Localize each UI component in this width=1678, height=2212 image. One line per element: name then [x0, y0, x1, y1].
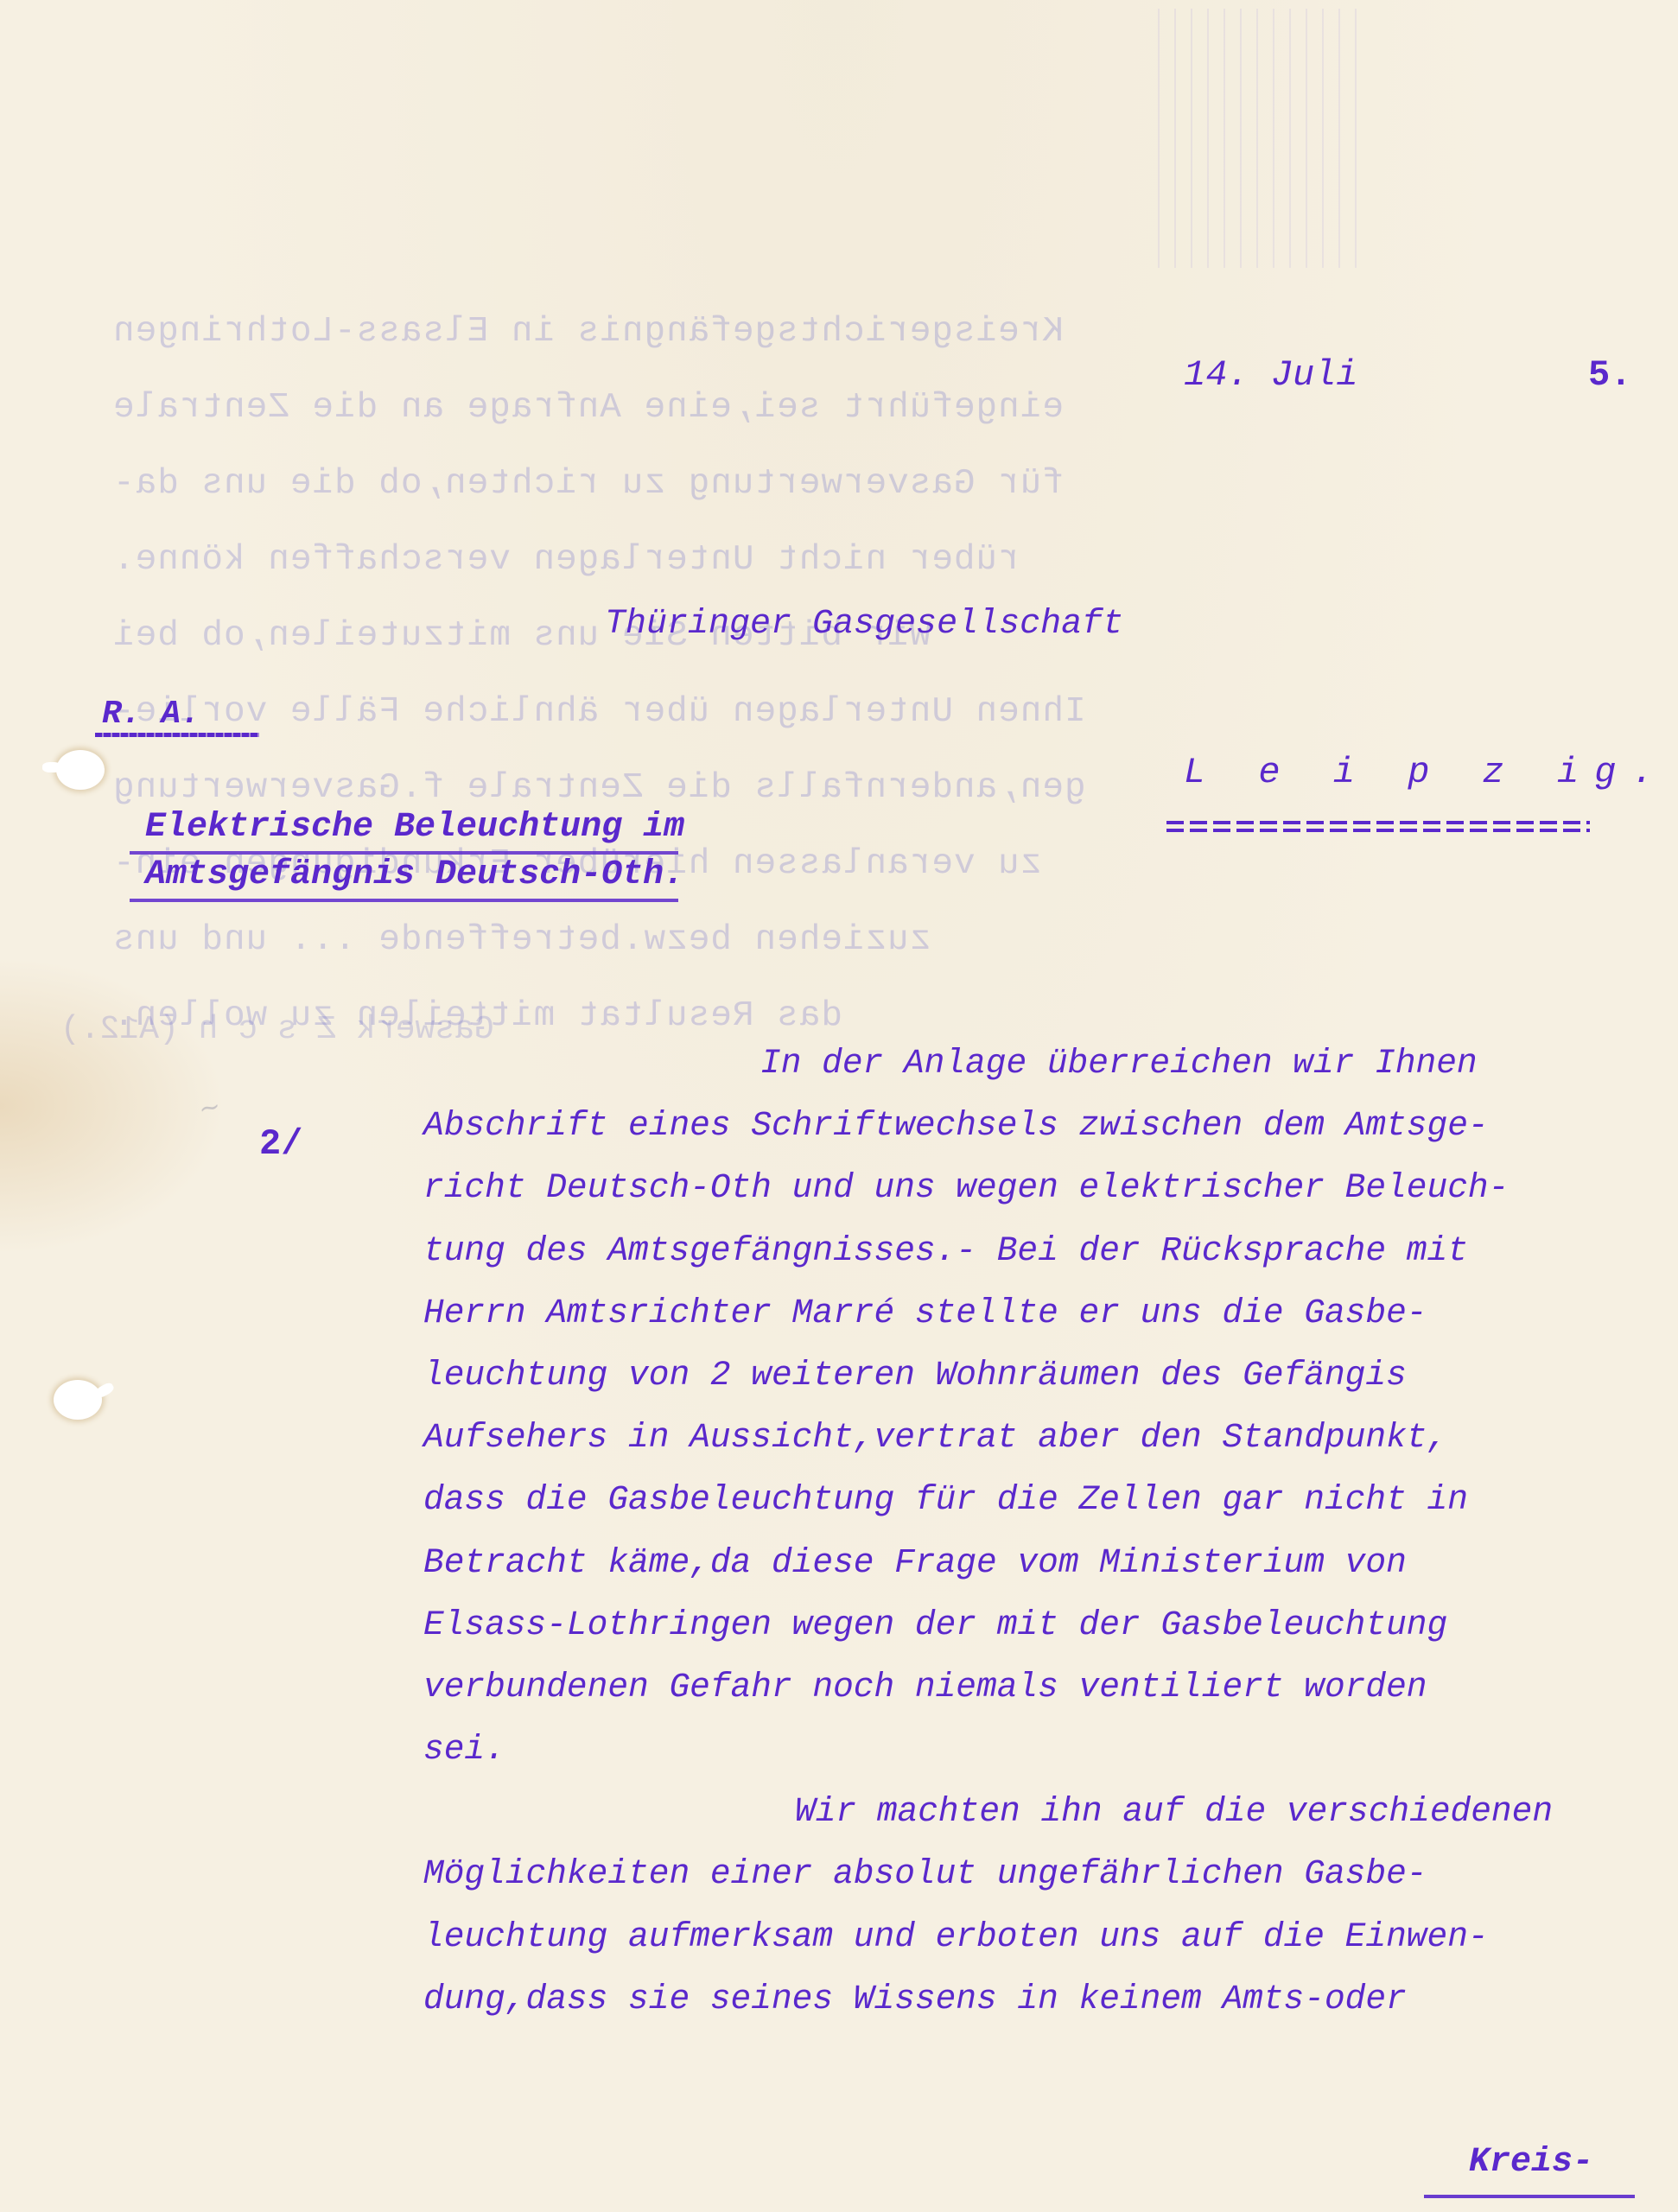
- body-line: Aufsehers in Aussicht,vertrat aber den S…: [423, 1407, 1650, 1469]
- body-line: Abschrift eines Schriftwechsels zwischen…: [423, 1095, 1650, 1157]
- body-line: sei.: [423, 1719, 1650, 1781]
- reference-code: R. A.: [102, 696, 200, 733]
- recipient-name: Thüringer Gasgesellschaft: [605, 605, 1123, 644]
- bleed-line: zuziehen bezw.betreffende ... und uns: [112, 902, 1123, 978]
- punch-hole: [54, 1380, 102, 1420]
- body-line: In der Anlage überreichen wir Ihnen: [423, 1033, 1650, 1095]
- bleed-line: Kreisgerichtsgefängnis in Elsass-Lothrin…: [112, 294, 1123, 370]
- body-line: verbundenen Gefahr noch niemals ventilie…: [423, 1656, 1650, 1719]
- subject-line: Amtsgefängnis Deutsch-Oth.: [145, 855, 684, 894]
- catchword: Kreis-: [1469, 2143, 1593, 2182]
- pencil-annotation: ~: [196, 1049, 427, 1147]
- body-line: dass die Gasbeleuchtung für die Zellen g…: [423, 1469, 1650, 1531]
- body-line: leuchtung von 2 weiteren Wohnräumen des …: [423, 1344, 1650, 1407]
- body-line: leuchtung aufmerksam und erboten uns auf…: [423, 1906, 1650, 1968]
- body-line: Wir machten ihn auf die verschiedenen: [423, 1781, 1650, 1843]
- subject-underline: [130, 851, 678, 855]
- catchword-underline: [1424, 2195, 1635, 2198]
- body-line: richt Deutsch-Oth und uns wegen elektris…: [423, 1157, 1650, 1219]
- letter-date: 14. Juli: [1184, 354, 1358, 396]
- body-line: Betracht käme,da diese Frage vom Ministe…: [423, 1532, 1650, 1594]
- body-line: Elsass-Lothringen wegen der mit der Gasb…: [423, 1594, 1650, 1656]
- letter-body: In der Anlage überreichen wir Ihnen Absc…: [423, 1033, 1650, 2031]
- punch-hole: [56, 750, 105, 790]
- bleed-line: eingeführt sei,eine Anfrage an die Zentr…: [112, 370, 1123, 446]
- bleed-line: für Gasverwertung zu richten,ob die uns …: [112, 446, 1123, 522]
- bleed-line: rüber nicht Unterlagen verschaffen könne…: [112, 522, 1123, 598]
- ink-smudge: [1158, 9, 1357, 268]
- page-number: 5.: [1588, 354, 1631, 396]
- body-line: tung des Amtsgefängnisses.- Bei der Rück…: [423, 1220, 1650, 1282]
- body-line: Herrn Amtsrichter Marré stellte er uns d…: [423, 1282, 1650, 1344]
- body-line: Möglichkeiten einer absolut ungefährlich…: [423, 1843, 1650, 1905]
- subject-underline: [130, 899, 678, 902]
- enclosure-mark: 2/: [259, 1123, 302, 1165]
- reference-underline: [95, 733, 259, 737]
- recipient-city: L e i p z ig.: [1184, 752, 1669, 793]
- subject-line: Elektrische Beleuchtung im: [145, 808, 684, 847]
- body-line: dung,dass sie seines Wissens in keinem A…: [423, 1968, 1650, 2031]
- city-double-underline: [1166, 821, 1590, 833]
- bleed-through-text: Kreisgerichtsgefängnis in Elsass-Lothrin…: [112, 294, 1123, 1054]
- bleed-line: Ihnen Unterlagen über ähnliche Fälle vor…: [112, 674, 1123, 750]
